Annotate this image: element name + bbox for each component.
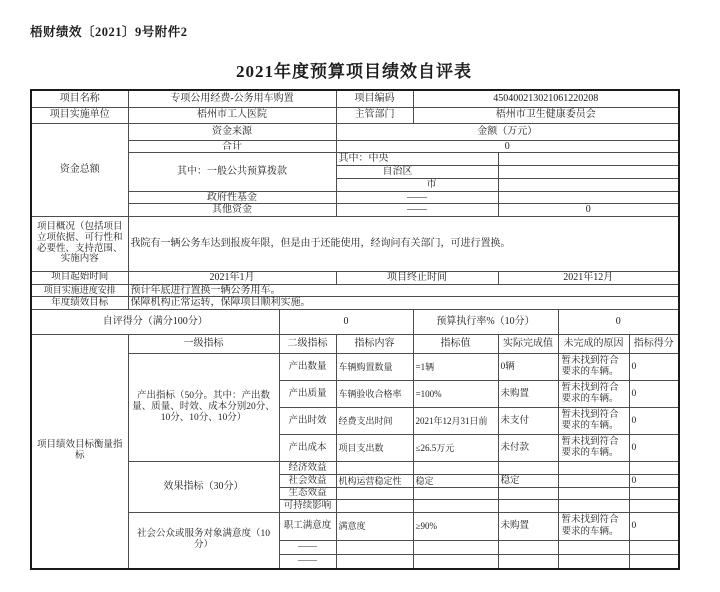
actual-cell: 未购置 bbox=[498, 513, 558, 541]
score-cell bbox=[629, 500, 679, 513]
project-code-label: 项目编码 bbox=[336, 90, 413, 107]
l2-cell: 产出时效 bbox=[279, 408, 336, 435]
l2-cell: 经济效益 bbox=[279, 462, 336, 475]
self-score-label: 自评得分（满分100分） bbox=[31, 310, 279, 335]
target-cell bbox=[413, 462, 498, 475]
l2-cell: 产出成本 bbox=[279, 435, 336, 462]
unit-label: 项目实施单位 bbox=[31, 107, 128, 123]
content-cell: 项目支出数 bbox=[336, 435, 413, 462]
self-score-value: 0 bbox=[279, 310, 413, 335]
content-cell bbox=[336, 462, 413, 475]
start-time-value: 2021年1月 bbox=[128, 271, 336, 284]
score-cell: 0 bbox=[629, 381, 679, 408]
document-page: 梧财绩效〔2021〕9号附件2 2021年度预算项目绩效自评表 项目名称 专项公… bbox=[0, 0, 720, 592]
actual-cell bbox=[498, 500, 558, 513]
start-time-label: 项目起始时间 bbox=[31, 271, 128, 284]
annual-goal-content: 保障机构正常运转，保障项目顺利实施。 bbox=[128, 297, 679, 310]
target-cell: 稳定 bbox=[413, 475, 498, 488]
table-row: 项目起始时间 2021年1月 项目终止时间 2021年12月 bbox=[31, 271, 679, 284]
table-row: 合计 0 bbox=[31, 140, 679, 153]
content-cell: 经费支出时间 bbox=[336, 408, 413, 435]
actual-cell bbox=[498, 462, 558, 475]
target-cell: =1辆 bbox=[413, 354, 498, 381]
score-cell: 0 bbox=[629, 435, 679, 462]
content-cell bbox=[336, 555, 413, 569]
table-row: 年度绩效目标 保障机构正常运转，保障项目顺利实施。 bbox=[31, 297, 679, 310]
reason-cell: 暂未找到符合要求的车辆。 bbox=[558, 408, 629, 435]
end-time-value: 2021年12月 bbox=[498, 271, 679, 284]
overview-content: 我院有一辆公务车达到报废年限，但是由于还能使用，经询问有关部门，可进行置换。 bbox=[128, 216, 679, 271]
reason-cell bbox=[558, 462, 629, 475]
document-reference: 梧财绩效〔2021〕9号附件2 bbox=[30, 22, 188, 40]
target-cell bbox=[413, 555, 498, 569]
actual-cell: 稳定 bbox=[498, 475, 558, 488]
table-row: 自评得分（满分100分） 0 预算执行率%（10分） 0 bbox=[31, 310, 679, 335]
target-cell bbox=[413, 500, 498, 513]
indicator-row: 效果指标（30分） 经济效益 bbox=[31, 462, 679, 475]
content-cell: 车辆验收合格率 bbox=[336, 381, 413, 408]
budget-exec-rate-value: 0 bbox=[558, 310, 679, 335]
content-cell: 车辆购置数量 bbox=[336, 354, 413, 381]
l2-cell: 产出质量 bbox=[279, 381, 336, 408]
reason-cell bbox=[558, 555, 629, 569]
actual-cell: 未支付 bbox=[498, 408, 558, 435]
unit-value: 梧州市工人医院 bbox=[128, 107, 336, 123]
funding-source-header: 资金来源 bbox=[128, 123, 336, 140]
effect-group-label: 效果指标（30分） bbox=[128, 462, 279, 513]
score-cell bbox=[629, 488, 679, 500]
indicator-row: 社会公众或服务对象满意度（10分） 职工满意度 满意度 ≥90% 未购置 暂未找… bbox=[31, 513, 679, 541]
funding-level-region-value bbox=[498, 166, 679, 179]
funding-amount-header: 金额（万元） bbox=[336, 123, 679, 140]
table-row: 项目实施单位 梧州市工人医院 主管部门 梧州市卫生健康委员会 bbox=[31, 107, 679, 123]
header-level1: 一级指标 bbox=[128, 335, 279, 354]
target-cell: ≥90% bbox=[413, 513, 498, 541]
l2-cell: 产出数量 bbox=[279, 354, 336, 381]
actual-cell: 0辆 bbox=[498, 354, 558, 381]
content-cell bbox=[336, 500, 413, 513]
dept-label: 主管部门 bbox=[336, 107, 413, 123]
header-level2: 二级指标 bbox=[279, 335, 336, 354]
content-cell: 满意度 bbox=[336, 513, 413, 541]
score-cell bbox=[629, 462, 679, 475]
annual-goal-label: 年度绩效目标 bbox=[31, 297, 128, 310]
funding-other-value: 0 bbox=[498, 204, 679, 217]
actual-cell: 未付款 bbox=[498, 435, 558, 462]
actual-cell: 未购置 bbox=[498, 381, 558, 408]
content-cell: 机构运营稳定性 bbox=[336, 475, 413, 488]
funding-sum-value: 0 bbox=[336, 140, 679, 153]
reason-cell: 暂未找到符合要求的车辆。 bbox=[558, 435, 629, 462]
actual-cell bbox=[498, 555, 558, 569]
reason-cell: 暂未找到符合要求的车辆。 bbox=[558, 354, 629, 381]
score-cell: 0 bbox=[629, 513, 679, 541]
target-cell: =100% bbox=[413, 381, 498, 408]
satisfaction-group-label: 社会公众或服务对象满意度（10分） bbox=[128, 513, 279, 569]
schedule-label: 项目实施进度安排 bbox=[31, 284, 128, 297]
project-name-value: 专项公用经费-公务用车购置 bbox=[128, 90, 336, 107]
score-cell bbox=[629, 555, 679, 569]
table-row: 其中：一般公共预算拨款 其中：中央 bbox=[31, 153, 679, 166]
dept-value: 梧州市卫生健康委员会 bbox=[413, 107, 679, 123]
funding-level-city-label: 市 bbox=[336, 178, 498, 191]
page-title: 2021年度预算项目绩效自评表 bbox=[30, 57, 678, 82]
score-cell: 0 bbox=[629, 475, 679, 488]
reason-cell: 暂未找到符合要求的车辆。 bbox=[558, 381, 629, 408]
header-content: 指标内容 bbox=[336, 335, 413, 354]
content-cell bbox=[336, 488, 413, 500]
actual-cell bbox=[498, 541, 558, 555]
l2-cell: 职工满意度 bbox=[279, 513, 336, 541]
table-row: 政府性基金 —— bbox=[31, 191, 679, 204]
project-name-label: 项目名称 bbox=[31, 90, 128, 107]
funding-level-central-value bbox=[498, 153, 679, 166]
funding-general-budget-label: 其中：一般公共预算拨款 bbox=[128, 153, 336, 192]
indicator-header-row: 项目绩效目标衡量指标 一级指标 二级指标 指标内容 指标值 实际完成值 未完成的… bbox=[31, 335, 679, 354]
table-row: 项目概况（包括项目立项依据、可行性和必要性、支持范围、实施内容 我院有一辆公务车… bbox=[31, 216, 679, 271]
table-row: 项目实施进度安排 预计年底进行置换一辆公务用车。 bbox=[31, 284, 679, 297]
l2-cell: 社会效益 bbox=[279, 475, 336, 488]
target-cell: ≤26.5万元 bbox=[413, 435, 498, 462]
funding-gov-fund-label: 政府性基金 bbox=[128, 191, 336, 204]
content-cell bbox=[336, 541, 413, 555]
funding-level-central-label: 其中：中央 bbox=[336, 153, 498, 166]
budget-exec-rate-label: 预算执行率%（10分） bbox=[413, 310, 558, 335]
header-reason: 未完成的原因 bbox=[558, 335, 629, 354]
indicator-row: 产出指标（50分。其中：产出数量、质量、时效、成本分别20分、10分、10分、1… bbox=[31, 354, 679, 381]
funding-total-label: 资金总额 bbox=[31, 123, 128, 216]
funding-sum-label: 合计 bbox=[128, 140, 336, 153]
end-time-label: 项目终止时间 bbox=[336, 271, 498, 284]
indicator-section-label: 项目绩效目标衡量指标 bbox=[31, 335, 128, 569]
overview-label: 项目概况（包括项目立项依据、可行性和必要性、支持范围、实施内容 bbox=[31, 216, 128, 271]
project-code-value: 450400213021061220208 bbox=[413, 90, 679, 107]
l2-cell: 生态效益 bbox=[279, 488, 336, 500]
funding-other-label: 其他资金 bbox=[128, 204, 336, 217]
l2-cell: —— bbox=[279, 555, 336, 569]
header-actual: 实际完成值 bbox=[498, 335, 558, 354]
score-cell: 0 bbox=[629, 408, 679, 435]
reason-cell bbox=[558, 488, 629, 500]
header-score: 指标得分 bbox=[629, 335, 679, 354]
self-eval-table: 项目名称 专项公用经费-公务用车购置 项目编码 4504002130210612… bbox=[30, 89, 680, 570]
l2-cell: 可持续影响 bbox=[279, 500, 336, 513]
funding-level-region-label: 自治区 bbox=[336, 166, 498, 179]
table-row: 其他资金 —— 0 bbox=[31, 204, 679, 217]
table-row: 项目名称 专项公用经费-公务用车购置 项目编码 4504002130210612… bbox=[31, 90, 679, 107]
funding-level-city-value bbox=[498, 178, 679, 191]
schedule-content: 预计年底进行置换一辆公务用车。 bbox=[128, 284, 679, 297]
l2-cell: —— bbox=[279, 541, 336, 555]
actual-cell bbox=[498, 488, 558, 500]
funding-gov-fund-value bbox=[498, 191, 679, 204]
reason-cell bbox=[558, 475, 629, 488]
funding-gov-fund-dash: —— bbox=[336, 191, 498, 204]
target-cell bbox=[413, 488, 498, 500]
header-target: 指标值 bbox=[413, 335, 498, 354]
output-group-label: 产出指标（50分。其中：产出数量、质量、时效、成本分别20分、10分、10分、1… bbox=[128, 354, 279, 462]
target-cell bbox=[413, 541, 498, 555]
funding-other-dash: —— bbox=[336, 204, 498, 217]
reason-cell bbox=[558, 541, 629, 555]
reason-cell bbox=[558, 500, 629, 513]
score-cell: 0 bbox=[629, 354, 679, 381]
score-cell bbox=[629, 541, 679, 555]
reason-cell: 暂未找到符合要求的车辆。 bbox=[558, 513, 629, 541]
table-row: 资金总额 资金来源 金额（万元） bbox=[31, 123, 679, 140]
target-cell: 2021年12月31日前 bbox=[413, 408, 498, 435]
